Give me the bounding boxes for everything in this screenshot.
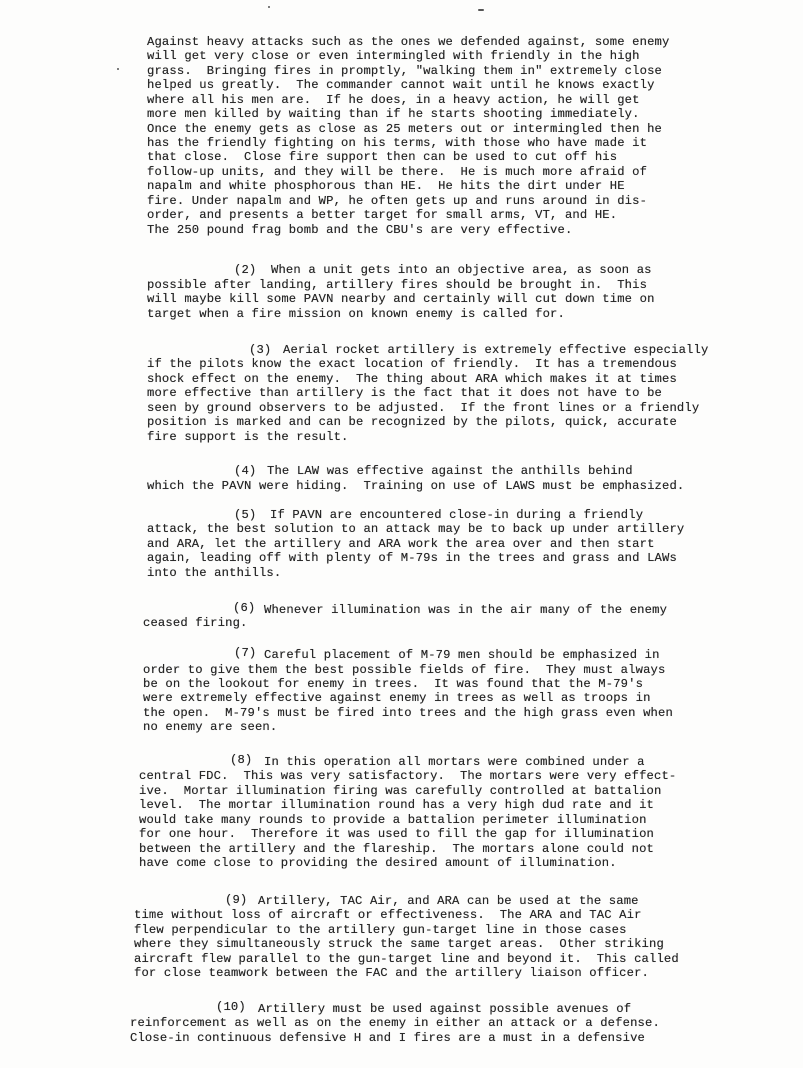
text-line: no enemy are seen. [143,720,277,734]
text-line: again, leading off with plenty of M-79s … [147,551,677,565]
text-line: fire. Under napalm and WP, he often gets… [147,194,647,208]
text-line: will get very close or even intermingled… [147,49,640,63]
text-line: flew perpendicular to the artillery gun-… [134,923,627,937]
text-line: for one hour. Therefore it was used to f… [139,827,654,841]
paragraph-number: (7) [234,646,256,660]
text-line: will maybe kill some PAVN nearby and cer… [147,292,655,306]
text-line: has the friendly fighting on his terms, … [147,136,647,150]
text-line: where they simultaneously struck the sam… [134,937,664,951]
text-line: target when a fire mission on known enem… [147,307,565,321]
text-line: be on the lookout for enemy in trees. It… [143,677,643,691]
text-line: have come close to providing the desired… [139,856,617,870]
text-line: seen by ground observers to be adjusted.… [147,401,699,415]
text-line: order to give them the best possible fie… [143,663,665,677]
text-line: shock effect on the enemy. The thing abo… [147,372,677,386]
paragraph-number: (3) [249,343,271,357]
text-line: fire support is the result. [147,430,349,444]
scanned-document-page: Against heavy attacks such as the ones w… [0,0,803,1068]
text-line: Once the enemy gets as close as 25 meter… [147,122,662,136]
text-line: central FDC. This was very satisfactory.… [139,769,676,783]
text-line: and ARA, let the artillery and ARA work … [147,537,655,551]
text-line: follow-up units, and they will be there.… [147,165,647,179]
text-line: if the pilots know the exact location of… [147,357,677,371]
text-line: level. The mortar illumination round has… [139,798,654,812]
text-line: The 250 pound frag bomb and the CBU's ar… [147,223,572,237]
text-line: the open. M-79's must be fired into tree… [143,706,673,720]
paragraph-number: (10) [216,1000,246,1014]
text-line: time without loss of aircraft or effecti… [134,908,642,922]
text-line: where all his men are. If he does, in a … [147,93,640,107]
paragraph-number: (6) [233,601,255,615]
text-line: order, and presents a better target for … [147,208,617,222]
text-line: aircraft flew parallel to the gun-target… [134,952,679,966]
text-line: were extremely effective against enemy i… [143,691,651,705]
paragraph-number: (5) [234,508,256,522]
text-line: that close. Close fire support then can … [147,150,617,164]
text-line: Against heavy attacks such as the ones w… [147,35,669,49]
text-line: In this operation all mortars were combi… [264,755,645,769]
text-line: reinforcement as well as on the enemy in… [130,1016,660,1030]
text-line: Aerial rocket artillery is extremely eff… [283,343,708,357]
text-line: Whenever illumination was in the air man… [264,603,667,617]
text-line: helped us greatly. The commander cannot … [147,78,655,92]
text-line: would take many rounds to provide a batt… [139,813,647,827]
paragraph-number: (4) [234,464,256,478]
text-line: into the anthills. [147,566,281,580]
text-line: more men killed by waiting than if he st… [147,107,640,121]
text-line: If PAVN are encountered close-in during … [270,508,643,522]
paragraph-number: (9) [225,893,247,907]
paragraph-number: (8) [230,753,252,767]
text-line: napalm and white phosphorous than HE. He… [147,179,625,193]
text-line: Close-in continuous defensive H and I fi… [130,1031,645,1045]
text-line: for close teamwork between the FAC and t… [134,966,649,980]
text-line: between the artillery and the flareship.… [139,842,654,856]
text-line: ive. Mortar illumination firing was care… [139,784,661,798]
text-line: Artillery must be used against possible … [258,1002,631,1016]
text-line: When a unit gets into an objective area,… [271,263,652,277]
scan-speck [478,9,484,11]
scan-speck [117,68,119,70]
text-line: position is marked and can be recognized… [147,415,677,429]
text-line: attack, the best solution to an attack m… [147,522,684,536]
text-line: grass. Bringing fires in promptly, "walk… [147,64,662,78]
text-line: possible after landing, artillery fires … [147,278,647,292]
text-line: Artillery, TAC Air, and ARA can be used … [258,894,639,908]
text-line: The LAW was effective against the anthil… [267,464,633,478]
scan-speck [268,6,270,8]
text-line: ceased firing. [143,616,248,630]
text-line: which the PAVN were hiding. Training on … [147,479,684,493]
text-line: Careful placement of M-79 men should be … [264,648,660,662]
paragraph-number: (2) [234,263,256,277]
text-line: more effective than artillery is the fac… [147,386,662,400]
